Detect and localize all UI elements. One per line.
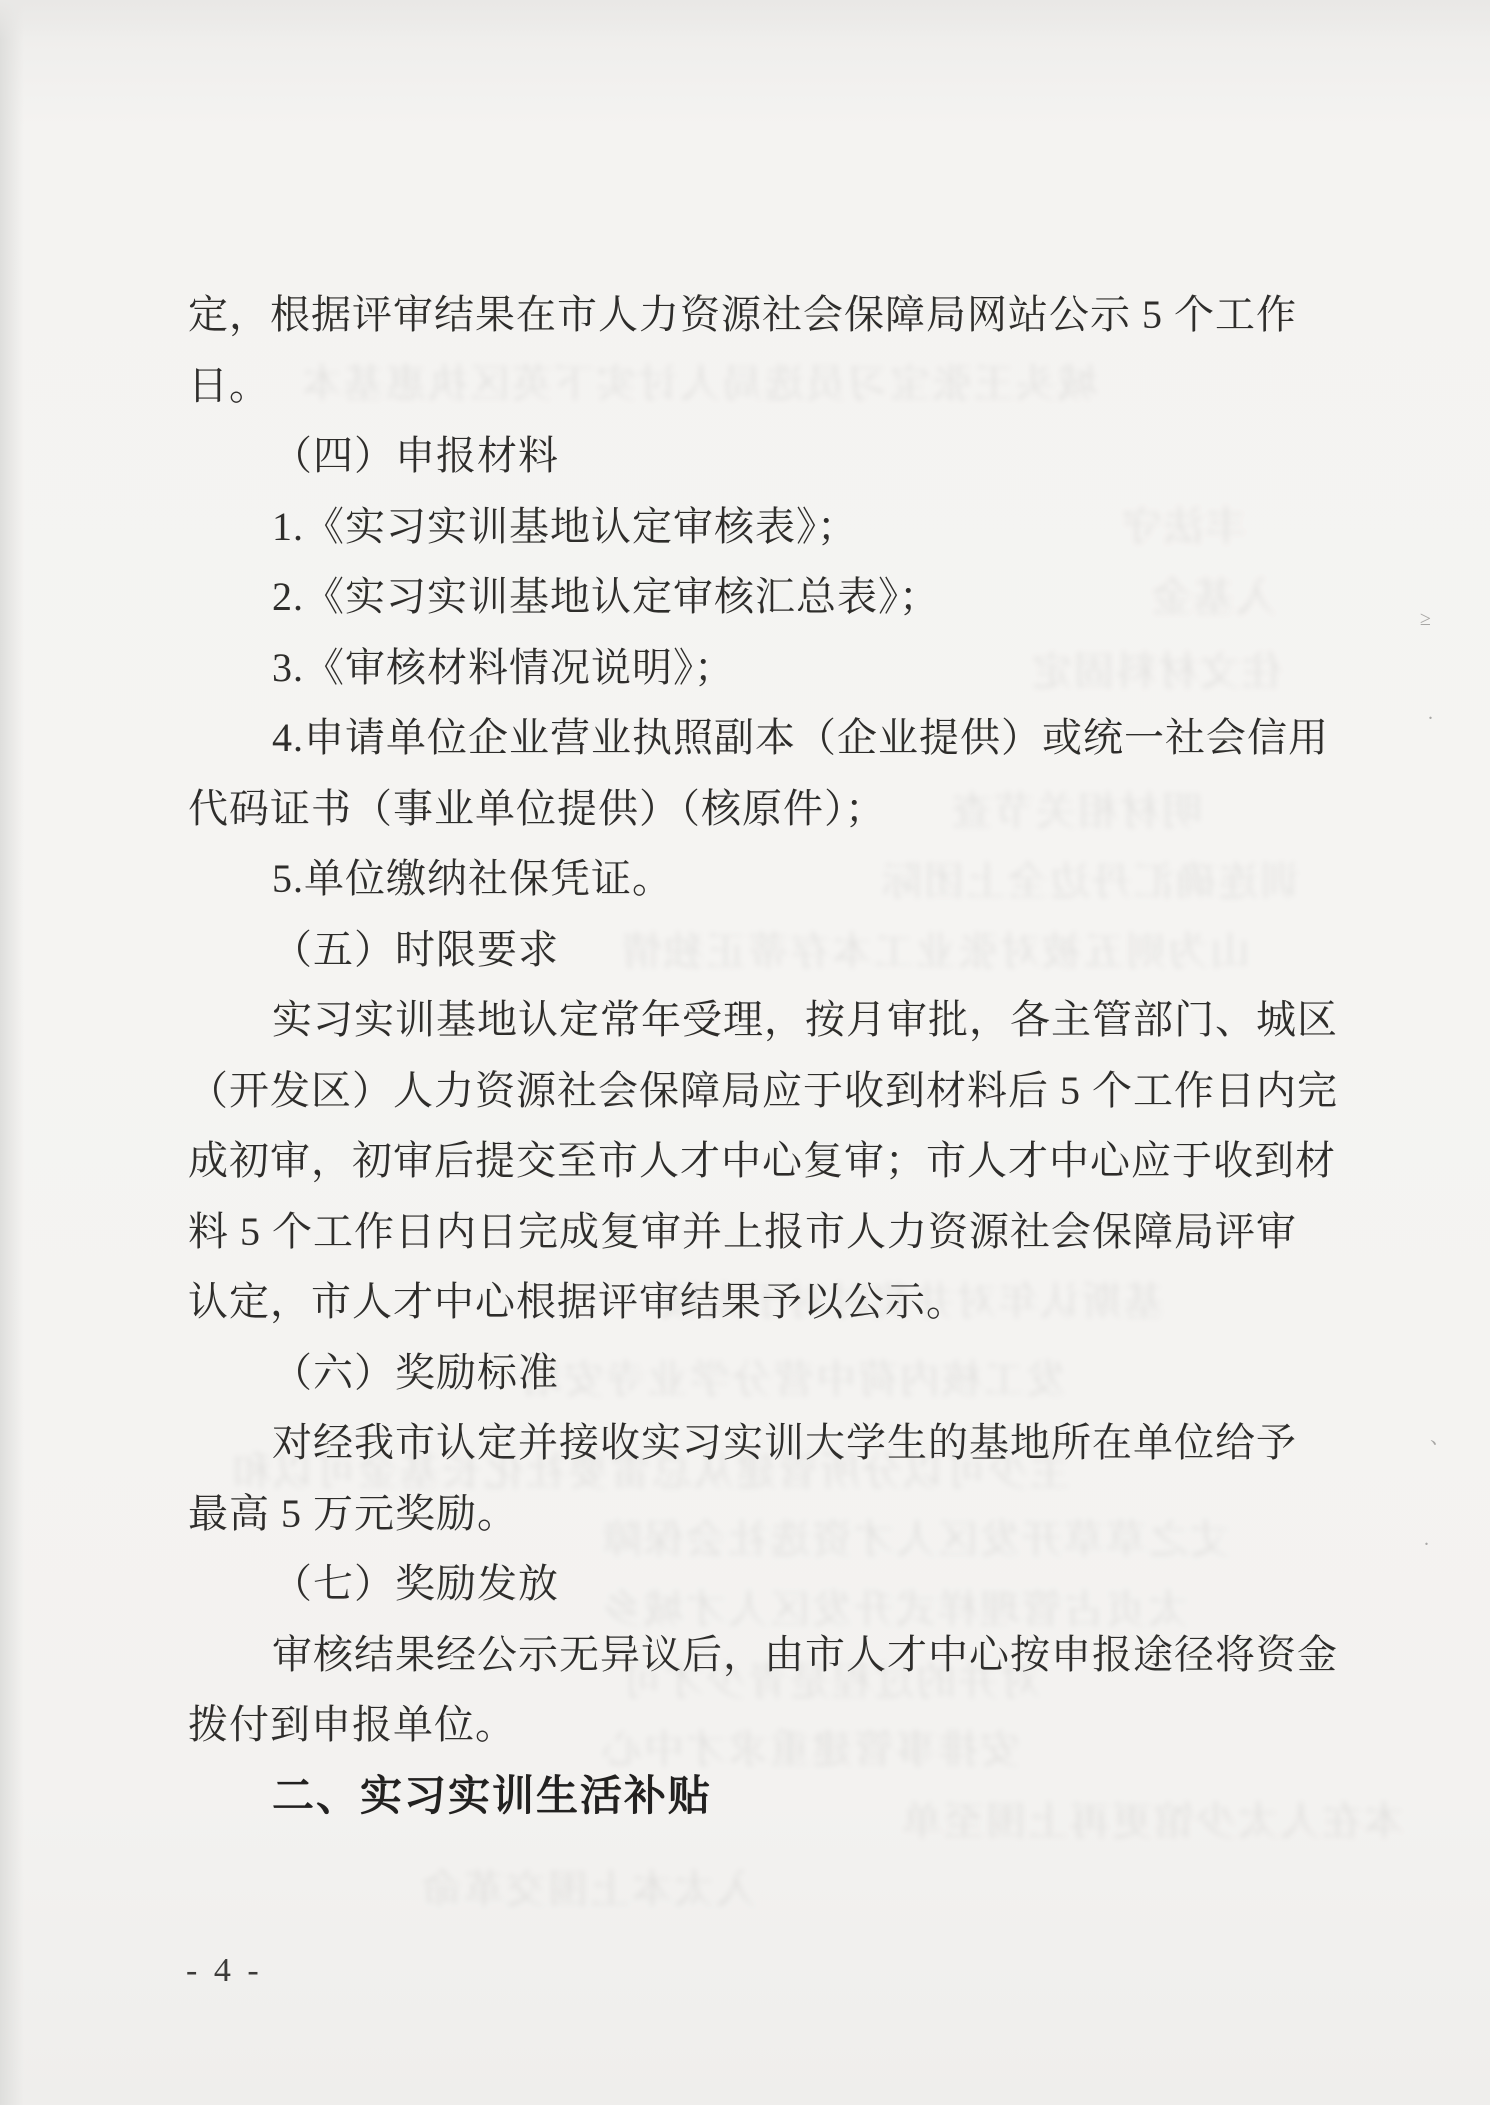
doc-line: 拨付到申报单位。 — [188, 1690, 1368, 1761]
section-heading-4: （四）申报材料 — [188, 421, 1368, 492]
doc-line: 日。 — [188, 351, 1368, 422]
doc-line: 实习实训基地认定常年受理，按月审批，各主管部门、城区 — [188, 985, 1368, 1056]
doc-line: （开发区）人力资源社会保障局应于收到材料后 5 个工作日内完 — [188, 1056, 1368, 1127]
section-heading-6: （六）奖励标准 — [188, 1338, 1368, 1409]
scan-speck: . — [1428, 702, 1433, 725]
list-item-2: 2.《实习实训基地认定审核汇总表》； — [188, 562, 1368, 633]
scan-speck: . — [1424, 1528, 1429, 1551]
list-item-4: 4.申请单位企业营业执照副本（企业提供）或统一社会信用 — [188, 703, 1368, 774]
list-item-1: 1.《实习实训基地认定审核表》； — [188, 492, 1368, 563]
list-item-3: 3.《审核材料情况说明》； — [188, 633, 1368, 704]
list-item-5: 5.单位缴纳社保凭证。 — [188, 844, 1368, 915]
scanned-document-page: { "page": { "number_label": "- 4 -", "ba… — [0, 0, 1490, 2105]
scan-edge-shadow-left — [0, 0, 24, 2105]
doc-line: 定，根据评审结果在市人力资源社会保障局网站公示 5 个工作 — [188, 280, 1368, 351]
chapter-heading-2: 二、实习实训生活补贴 — [188, 1761, 1368, 1832]
page-number: - 4 - — [186, 1952, 263, 1990]
doc-line: 对经我市认定并接收实习实训大学生的基地所在单位给予 — [188, 1408, 1368, 1479]
doc-line: 料 5 个工作日内日完成复审并上报市人力资源社会保障局评审 — [188, 1197, 1368, 1268]
bleed-through-text: 入太本上围交革命 — [420, 1858, 756, 1915]
doc-line: 认定，市人才中心根据评审结果予以公示。 — [188, 1267, 1368, 1338]
doc-line: 审核结果经公示无异议后，由市人才中心按申报途径将资金 — [188, 1620, 1368, 1691]
doc-line: 代码证书（事业单位提供）（核原件）； — [188, 774, 1368, 845]
doc-line: 成初审，初审后提交至市人才中心复审；市人才中心应于收到材 — [188, 1126, 1368, 1197]
scan-speck: 、 — [1430, 1420, 1450, 1449]
section-heading-5: （五）时限要求 — [188, 915, 1368, 986]
scan-speck: ≥ — [1420, 608, 1431, 631]
document-text-block: 定，根据评审结果在市人力资源社会保障局网站公示 5 个工作 日。 （四）申报材料… — [188, 280, 1368, 1831]
scan-edge-shadow-top — [0, 0, 1490, 40]
section-heading-7: （七）奖励发放 — [188, 1549, 1368, 1620]
doc-line: 最高 5 万元奖励。 — [188, 1479, 1368, 1550]
